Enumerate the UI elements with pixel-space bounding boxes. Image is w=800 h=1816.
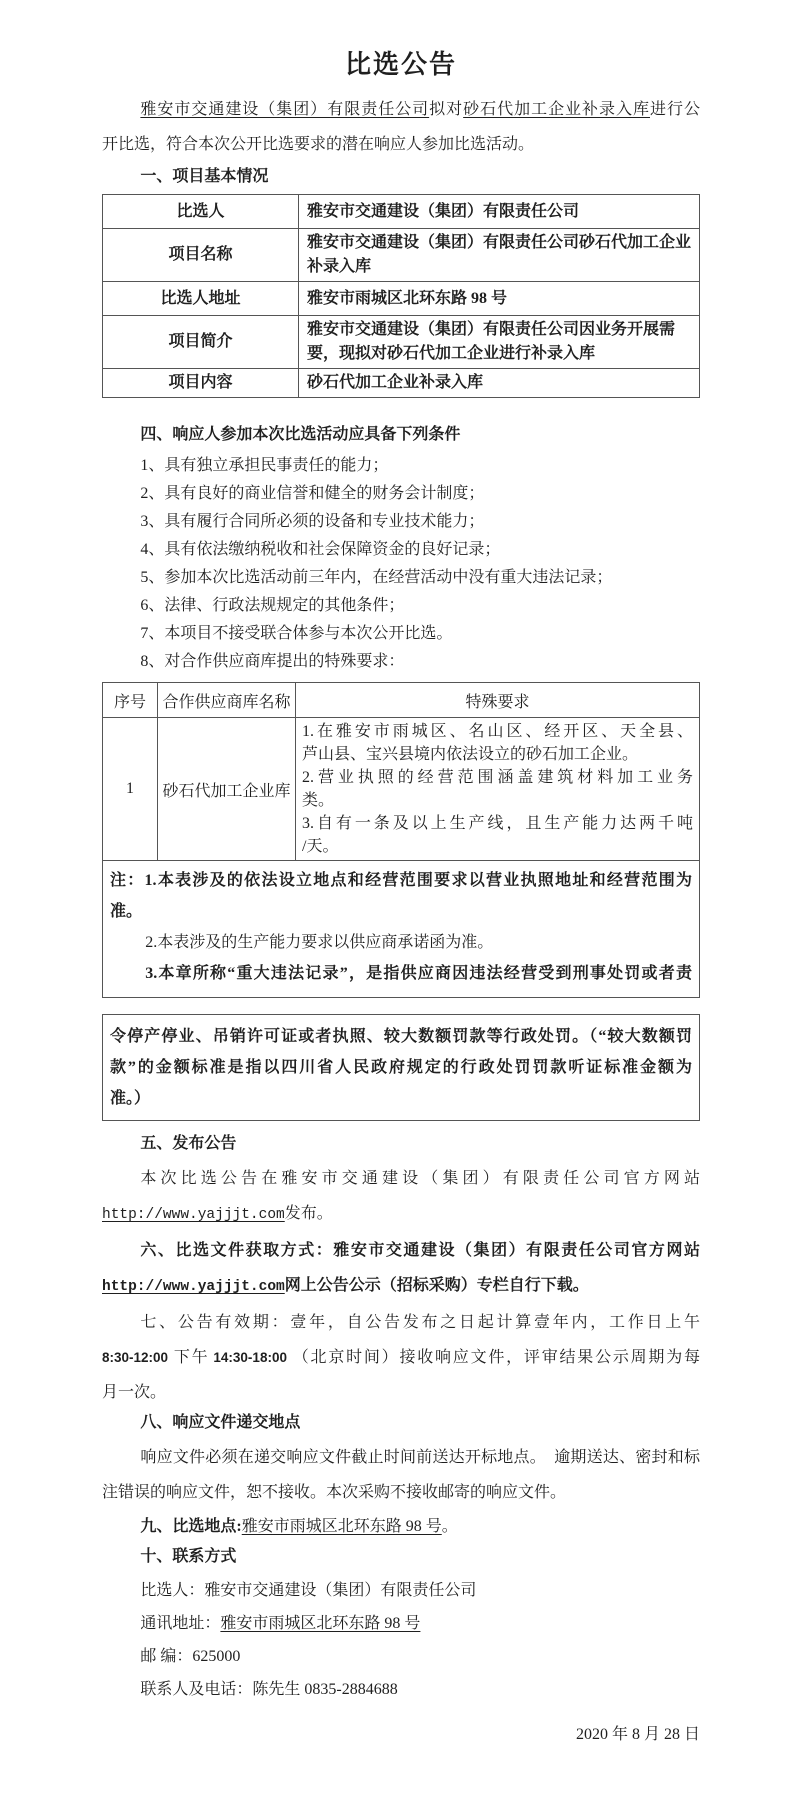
contact-label: 邮 编： [140,1648,192,1665]
afternoon-label: 下午 [172,1349,209,1366]
publish-line-2: http://www.yajjjt.com发布。 [102,1196,700,1233]
row-label: 比选人 [103,195,299,229]
condition-item-1: 1、具有独立承担民事责任的能力； [102,452,700,480]
contact-value: 陈先生 0835-2884688 [252,1681,397,1698]
row-value: 雅安市交通建设（集团）有限责任公司因业务开展需要，现拟对砂石代加工企业进行补录入… [299,316,700,369]
row-label: 项目简介 [103,316,299,369]
section-heading-4: 四、响应人参加本次比选活动应具备下列条件 [102,422,700,448]
condition-item-7: 7、本项目不接受联合体参与本次公开比选。 [102,620,700,648]
table-row: 比选人 雅安市交通建设（集团）有限责任公司 [103,195,700,229]
afternoon-time-range: 14:30-18:00 [213,1350,287,1365]
row-value: 雅安市雨城区北环东路 98 号 [299,282,700,316]
document-page: 比选公告 雅安市交通建设（集团）有限责任公司拟对砂石代加工企业补录入库进行公 开… [0,0,800,1816]
contact-label: 通讯地址： [140,1615,220,1632]
intro-line-2: 开比选，符合本次公开比选要求的潜在响应人参加比选活动。 [102,127,700,162]
section-heading-5: 五、发布公告 [102,1131,700,1157]
contact-line-phone: 联系人及电话：陈先生 0835-2884688 [102,1673,700,1706]
bid-location-address: 雅安市雨城区北环东路 98 号 [242,1518,442,1535]
supplier-library-name: 砂石代加工企业库 [158,718,296,861]
contact-line-postcode: 邮 编：625000 [102,1640,700,1673]
row-label: 项目内容 [103,369,299,398]
publish-tail-text: 发布。 [285,1205,333,1222]
requirement-line: 3.自有一条及以上生产线，且生产能力达两千吨 [302,812,693,835]
row-value: 砂石代加工企业补录入库 [299,369,700,398]
access-line-1: 六、比选文件获取方式：雅安市交通建设（集团）有限责任公司官方网站 [102,1233,700,1268]
document-access-paragraph: 六、比选文件获取方式：雅安市交通建设（集团）有限责任公司官方网站 http://… [102,1233,700,1305]
condition-item-4: 4、具有依法缴纳税收和社会保障资金的良好记录； [102,536,700,564]
publish-paragraph: 本次比选公告在雅安市交通建设（集团）有限责任公司官方网站 http://www.… [102,1161,700,1233]
validity-line-3: 月一次。 [102,1375,700,1410]
contact-address-underlined: 雅安市雨城区北环东路 98 号 [220,1615,420,1632]
column-header-requirements: 特殊要求 [296,683,700,718]
page-title: 比选公告 [102,48,700,82]
note-1-line-2: 准。 [110,896,692,927]
condition-item-8: 8、对合作供应商库提出的特殊要求： [102,648,700,676]
section-heading-10: 十、联系方式 [102,1544,700,1570]
table-row: 项目名称 雅安市交通建设（集团）有限责任公司砂石代加工企业补录入库 [103,229,700,282]
requirement-line: 类。 [302,789,693,812]
condition-item-5: 5、参加本次比选活动前三年内，在经营活动中没有重大违法记录； [102,564,700,592]
requirement-line: /天。 [302,835,693,858]
requirement-line: 2.营业执照的经营范围涵盖建筑材料加工业务 [302,766,693,789]
special-requirements-cell: 1.在雅安市雨城区、名山区、经开区、天全县、 芦山县、宝兴县境内依法设立的砂石加… [296,718,700,861]
note-continuation-line: 准。） [110,1083,692,1114]
intro-tail-text: 进行公 [650,101,700,118]
contact-value: 雅安市交通建设（集团）有限责任公司 [204,1582,476,1599]
section-heading-1: 一、项目基本情况 [102,164,700,190]
notes-cell: 注：1.本表涉及的依法设立地点和经营范围要求以营业执照地址和经营范围为 准。 2… [103,861,700,998]
row-value: 雅安市交通建设（集团）有限责任公司 [299,195,700,229]
conditions-list: 1、具有独立承担民事责任的能力； 2、具有良好的商业信誉和健全的财务会计制度； … [102,452,700,676]
table-row: 比选人地址 雅安市雨城区北环东路 98 号 [103,282,700,316]
requirement-line: 芦山县、宝兴县境内依法设立的砂石加工企业。 [302,743,693,766]
note-1-line-1: 注：1.本表涉及的依法设立地点和经营范围要求以营业执照地址和经营范围为 [110,865,692,896]
column-header-name: 合作供应商库名称 [158,683,296,718]
column-header-no: 序号 [103,683,158,718]
access-tail-text: 网上公告公示（招标采购）专栏自行下载。 [285,1277,589,1294]
contact-label: 联系人及电话： [140,1681,252,1698]
section-heading-8: 八、响应文件递交地点 [102,1410,700,1436]
contact-line-bidder: 比选人：雅安市交通建设（集团）有限责任公司 [102,1574,700,1607]
validity-paragraph: 七、公告有效期：壹年，自公告发布之日起计算壹年内，工作日上午 8:30-12:0… [102,1305,700,1410]
access-line-2: http://www.yajjjt.com网上公告公示（招标采购）专栏自行下载。 [102,1268,700,1305]
row-label: 比选人地址 [103,282,299,316]
row-label: 项目名称 [103,229,299,282]
bid-location-label: 九、比选地点: [140,1518,241,1535]
publish-line-1: 本次比选公告在雅安市交通建设（集团）有限责任公司官方网站 [102,1161,700,1196]
validity-line-2: 8:30-12:00下午14:30-18:00（北京时间）接收响应文件，评审结果… [102,1340,700,1375]
requirement-line: 1.在雅安市雨城区、名山区、经开区、天全县、 [302,720,693,743]
bid-location-line: 九、比选地点:雅安市雨城区北环东路 98 号。 [102,1510,700,1544]
org-name-underlined: 雅安市交通建设（集团）有限责任公司 [140,101,429,118]
supplier-index: 1 [103,718,158,861]
intro-paragraph: 雅安市交通建设（集团）有限责任公司拟对砂石代加工企业补录入库进行公 开比选，符合… [102,92,700,162]
bid-location-tail: 。 [442,1518,458,1535]
table-notes-row: 注：1.本表涉及的依法设立地点和经营范围要求以营业执照地址和经营范围为 准。 2… [103,861,700,998]
condition-item-3: 3、具有履行合同所必须的设备和专业技术能力； [102,508,700,536]
condition-item-2: 2、具有良好的商业信誉和健全的财务会计制度； [102,480,700,508]
intro-mid-text: 拟对 [429,101,463,118]
table-row: 项目简介 雅安市交通建设（集团）有限责任公司因业务开展需要，现拟对砂石代加工企业… [103,316,700,369]
note-continuation-line: 令停产停业、吊销许可证或者执照、较大数额罚款等行政处罚。（“较大数额罚 [110,1021,692,1052]
note-continuation-box: 令停产停业、吊销许可证或者执照、较大数额罚款等行政处罚。（“较大数额罚 款”的金… [102,1014,700,1121]
row-value: 雅安市交通建设（集团）有限责任公司砂石代加工企业补录入库 [299,229,700,282]
supplier-library-table: 序号 合作供应商库名称 特殊要求 1 砂石代加工企业库 1.在雅安市雨城区、名山… [102,682,700,998]
intro-line-1: 雅安市交通建设（集团）有限责任公司拟对砂石代加工企业补录入库进行公 [102,92,700,127]
table-row: 1 砂石代加工企业库 1.在雅安市雨城区、名山区、经开区、天全县、 芦山县、宝兴… [103,718,700,861]
condition-item-6: 6、法律、行政法规规定的其他条件； [102,592,700,620]
subject-underlined: 砂石代加工企业补录入库 [463,101,650,118]
project-info-table: 比选人 雅安市交通建设（集团）有限责任公司 项目名称 雅安市交通建设（集团）有限… [102,194,700,398]
validity-line-2-tail: （北京时间）接收响应文件，评审结果公示周期为每 [291,1349,700,1366]
note-2: 2.本表涉及的生产能力要求以供应商承诺函为准。 [110,927,692,958]
contact-line-address: 通讯地址：雅安市雨城区北环东路 98 号 [102,1607,700,1640]
table-row: 项目内容 砂石代加工企业补录入库 [103,369,700,398]
contact-value: 625000 [192,1648,240,1665]
table-header-row: 序号 合作供应商库名称 特殊要求 [103,683,700,718]
morning-time-range: 8:30-12:00 [102,1350,168,1365]
website-link[interactable]: http://www.yajjjt.com [102,1207,285,1223]
document-date: 2020 年 8 月 28 日 [102,1724,700,1746]
submission-paragraph: 响应文件必须在递交响应文件截止时间前送达开标地点。 逾期送达、密封和标注错误的响… [102,1440,700,1510]
validity-line-1: 七、公告有效期：壹年，自公告发布之日起计算壹年内，工作日上午 [102,1305,700,1340]
note-continuation-line: 款”的金额标准是指以四川省人民政府规定的行政处罚罚款听证标准金额为 [110,1052,692,1083]
contact-label: 比选人： [140,1582,204,1599]
note-3: 3.本章所称“重大违法记录”，是指供应商因违法经营受到刑事处罚或者责 [110,958,692,989]
website-link[interactable]: http://www.yajjjt.com [102,1279,285,1295]
